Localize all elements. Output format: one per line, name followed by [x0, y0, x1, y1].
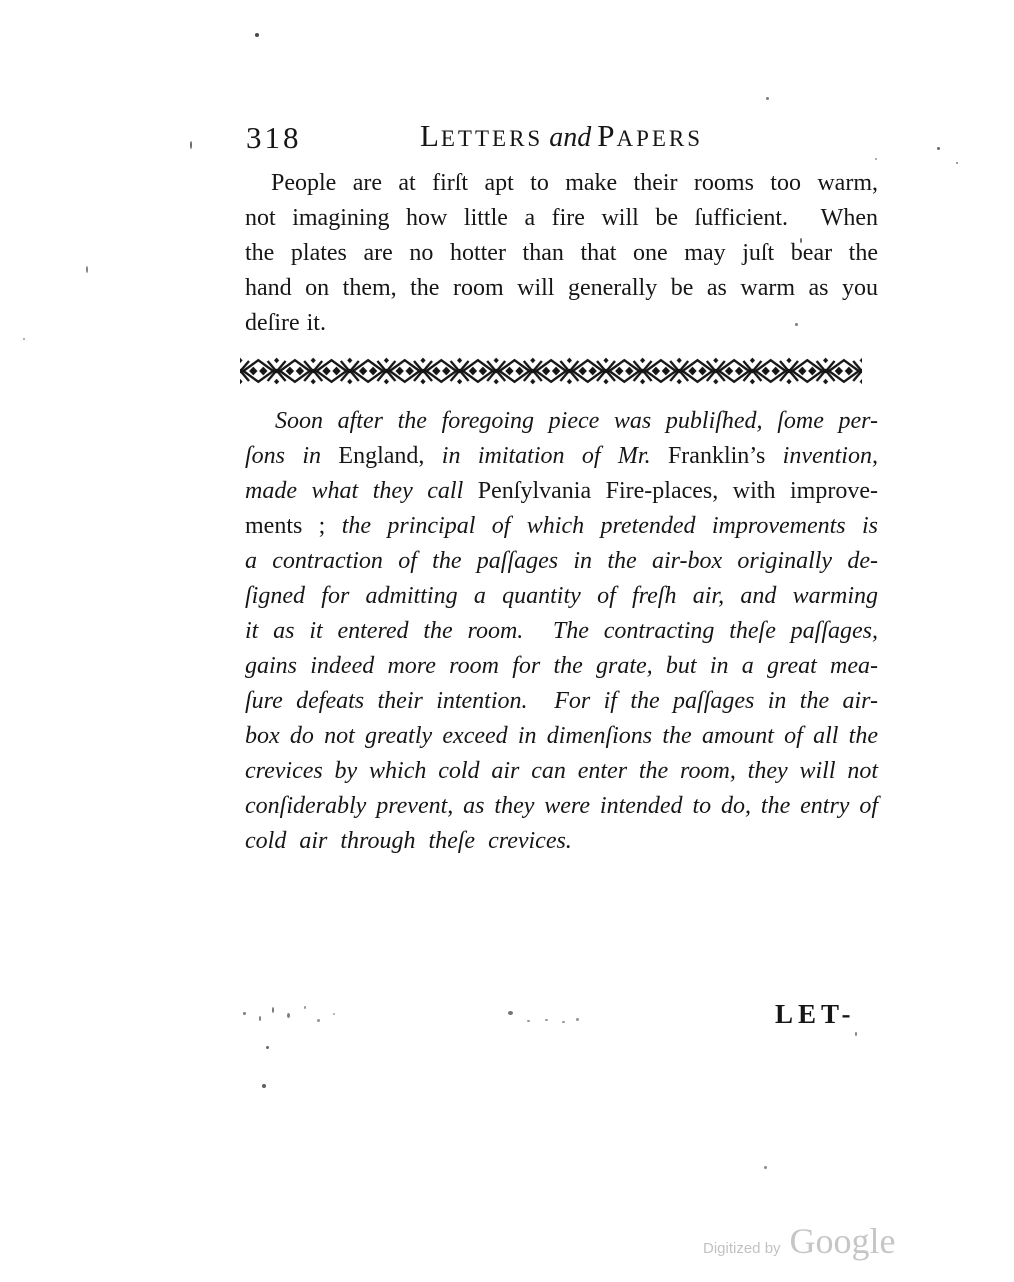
text-line: gains indeed more room for the grate, bu… [245, 649, 878, 684]
text-line: ſigned for admitting a quantity of freſh… [245, 579, 878, 614]
text-line: Soon after the foregoing piece was publi… [245, 404, 878, 439]
scan-noise-speck [545, 1019, 548, 1021]
scan-noise-speck [508, 1011, 513, 1015]
text-line: the plates are no hotter than that one m… [245, 236, 878, 271]
text-line: not imagining how little a fire will be … [245, 201, 878, 236]
scan-noise-speck [875, 158, 877, 160]
text-line: it as it entered the room. The contracti… [245, 614, 878, 649]
scan-noise-speck [86, 266, 88, 273]
running-head-papers-initial: P [597, 118, 616, 153]
scan-noise-speck [243, 1012, 246, 1015]
scan-noise-speck [317, 1019, 320, 1022]
scan-noise-speck [855, 1032, 857, 1036]
scan-noise-speck [766, 97, 769, 100]
scan-noise-speck [562, 1021, 565, 1023]
text-line: ſons in England, in imitation of Mr. Fra… [245, 439, 878, 474]
scan-noise-speck [576, 1018, 579, 1021]
scan-noise-speck [23, 338, 25, 340]
watermark-prefix: Digitized by [703, 1240, 781, 1257]
running-head-papers-rest: APERS [616, 126, 703, 151]
text-line: crevices by which cold air can enter the… [245, 754, 878, 789]
scan-noise-speck [527, 1020, 530, 1022]
scan-noise-speck [956, 162, 958, 164]
google-logo: Google [790, 1220, 896, 1262]
text-line: hand on them, the room will generally be… [245, 271, 878, 306]
scan-noise-speck [255, 33, 259, 37]
scan-noise-speck [259, 1016, 261, 1021]
running-head-letters-initial: L [420, 118, 441, 153]
text-line: deſire it. [245, 306, 878, 341]
text-line: made what they call Penſylvania Fire-pla… [245, 474, 878, 509]
running-head-conjunction: and [549, 122, 591, 153]
paragraph-warm-rooms: People are at firſt apt to make their ro… [245, 166, 878, 341]
scan-noise-speck [764, 1166, 767, 1169]
text-line: box do not greatly exceed in dimenſions … [245, 719, 878, 754]
text-line: ments ; the principal of which pretended… [245, 509, 878, 544]
text-line: conſiderably prevent, as they were inten… [245, 789, 878, 824]
text-line: ſure defeats their intention. For if the… [245, 684, 878, 719]
scan-noise-speck [190, 141, 192, 149]
paragraph-english-imitations: Soon after the foregoing piece was publi… [245, 404, 878, 859]
text-line: a contraction of the paſſages in the air… [245, 544, 878, 579]
text-line: People are at firſt apt to make their ro… [245, 166, 878, 201]
scan-noise-speck [262, 1084, 266, 1088]
scan-noise-speck [287, 1013, 290, 1018]
running-head-letters-rest: ETTERS [441, 126, 543, 151]
catchword: LET- [775, 999, 856, 1030]
scan-noise-speck [266, 1046, 269, 1049]
scanned-book-page: 318 LETTERSandPAPERS People are at firſt… [0, 0, 1014, 1282]
scan-noise-speck [272, 1007, 274, 1013]
running-head: LETTERSandPAPERS [245, 118, 878, 154]
digitized-by-google-watermark: Digitized by Google [703, 1220, 896, 1262]
scan-noise-speck [333, 1013, 335, 1015]
scan-noise-speck [937, 147, 940, 150]
text-line: cold air through theſe crevices. [245, 824, 878, 859]
divider-ornament [240, 356, 862, 386]
scan-noise-speck [304, 1006, 306, 1009]
